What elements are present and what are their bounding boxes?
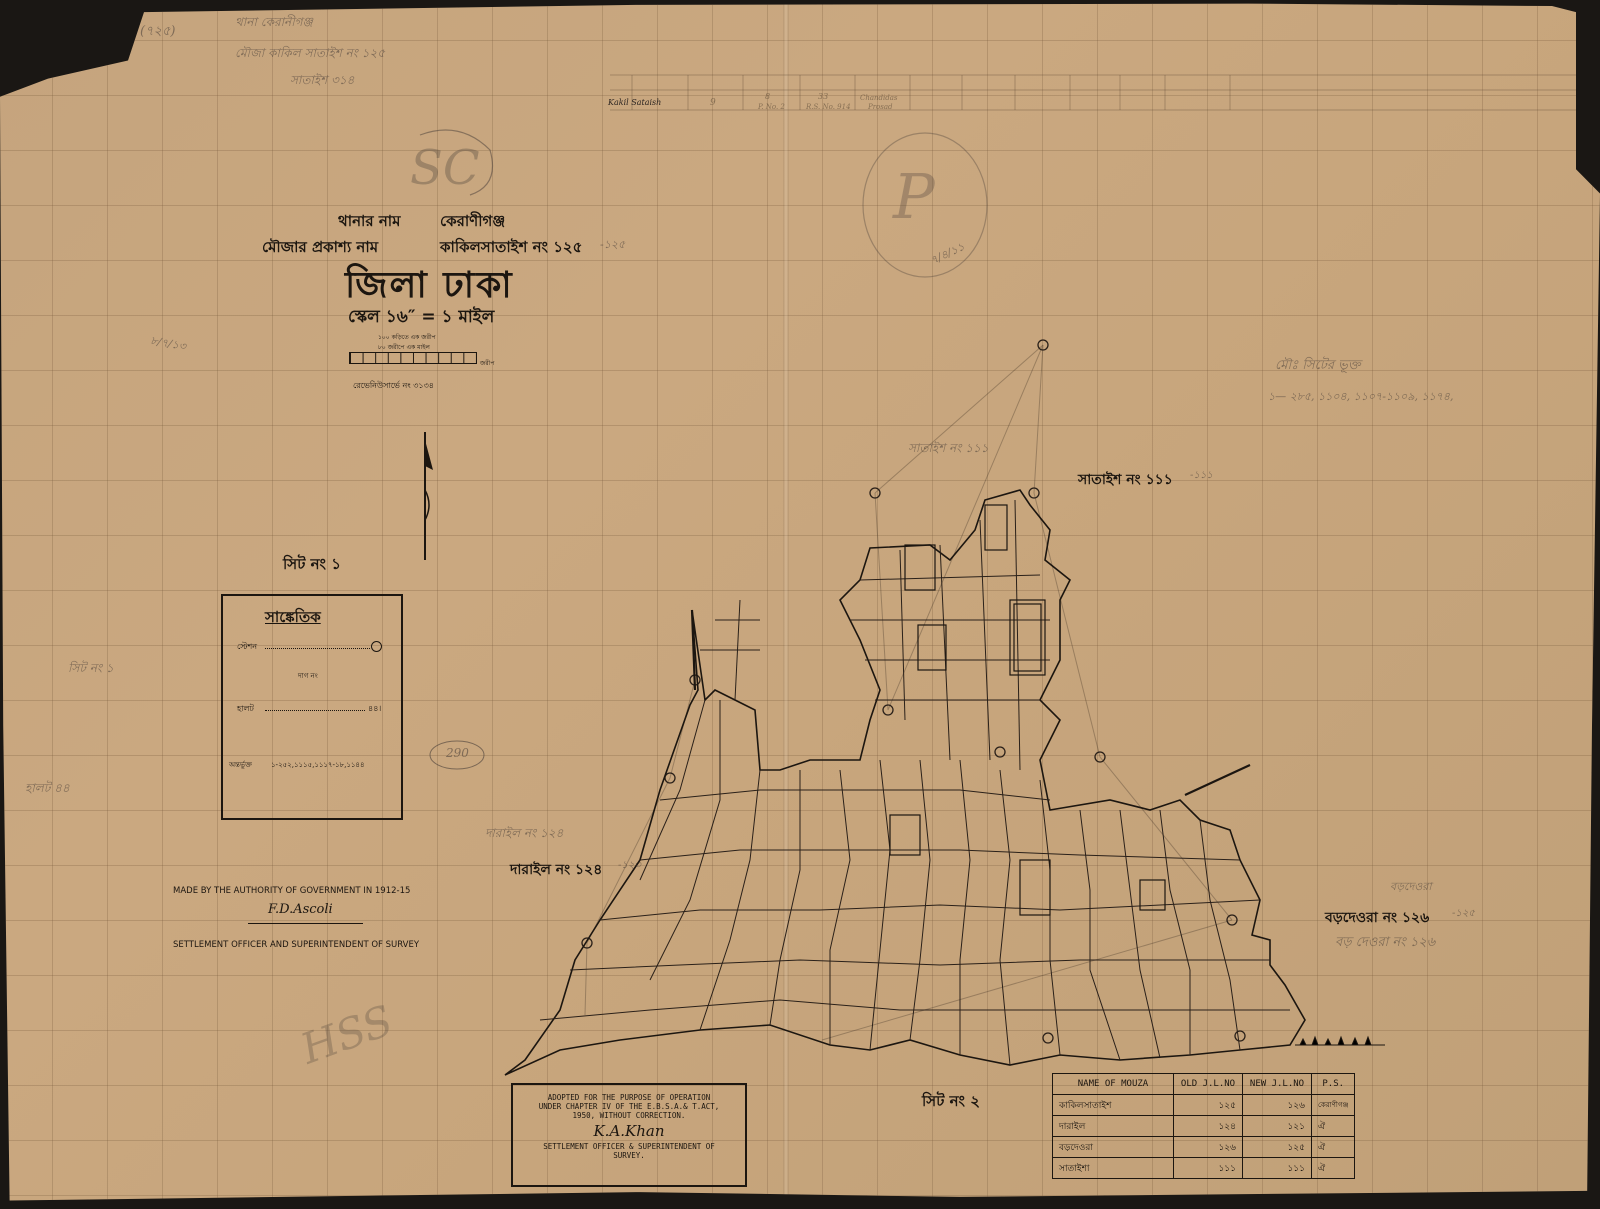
- legend-excluded-value: ১-২৫২,১১১৫,১১১৭-১৮,১১৪৪: [271, 759, 365, 771]
- sheet-1-label: সিট নং ১: [283, 553, 341, 578]
- legend-box: সাঙ্কেতিক স্টেশন দাগ নং হালট ৪৪। অন্তর্ভ…: [221, 594, 403, 820]
- pencil-circle: [430, 741, 484, 769]
- pencil-arc: [420, 130, 493, 195]
- table-row: কাকিলসাতাইশ ১২৫ ১২৬ কেরাণীগঞ্জ: [1053, 1095, 1355, 1116]
- row-name: দারাইল: [1053, 1116, 1174, 1137]
- table-row: বড়দেওরা ১২৬ ১২৫ ঐ: [1053, 1137, 1355, 1158]
- mouza-table: NAME OF MOUZA OLD J.L.NO NEW J.L.NO P.S.…: [1052, 1073, 1355, 1179]
- row-old: ১২৬: [1174, 1137, 1243, 1158]
- header-old-jl: OLD J.L.NO: [1174, 1074, 1243, 1095]
- stamp-line-2: UNDER CHAPTER IV OF THE E.B.S.A.& T.ACT,: [513, 1102, 745, 1111]
- legend-excluded-label: অন্তর্ভুক্ত: [229, 759, 252, 771]
- row-ps: ঐ: [1312, 1116, 1355, 1137]
- adoption-stamp: ADOPTED FOR THE PURPOSE OF OPERATION UND…: [511, 1083, 747, 1187]
- parcel-lines: [540, 500, 1290, 1065]
- row-name: সাতাইশা: [1053, 1158, 1174, 1179]
- authority-signature: F.D.Ascoli: [268, 902, 333, 917]
- row-ps: ঐ: [1312, 1158, 1355, 1179]
- row-name: কাকিলসাতাইশ: [1053, 1095, 1174, 1116]
- stamp-signature: K.A.Khan: [513, 1120, 745, 1142]
- station-circle-icon: [371, 641, 382, 652]
- map-sheet: Kakil Sataish 9 8 P. No. 2 33 R.S. No. 9…: [0, 0, 1600, 1209]
- mouza-table-header: NAME OF MOUZA OLD J.L.NO NEW J.L.NO P.S.: [1053, 1074, 1355, 1095]
- row-old: ১১১: [1174, 1158, 1243, 1179]
- authority-officer: SETTLEMENT OFFICER AND SUPERINTENDENT OF…: [173, 940, 419, 950]
- row-new: ১২৬: [1243, 1095, 1312, 1116]
- legend-title: সাঙ্কেতিক: [265, 606, 321, 631]
- marsh-symbols: [1295, 1037, 1385, 1045]
- sheet-2-label: সিট নং ২: [922, 1090, 980, 1115]
- row-new: ১২৫: [1243, 1137, 1312, 1158]
- row-new: ১১১: [1243, 1158, 1312, 1179]
- table-row: সাতাইশা ১১১ ১১১ ঐ: [1053, 1158, 1355, 1179]
- traverse-lines: [585, 345, 1232, 1040]
- legend-station-label: স্টেশন: [237, 641, 257, 654]
- row-name: বড়দেওরা: [1053, 1137, 1174, 1158]
- row-ps: ঐ: [1312, 1137, 1355, 1158]
- neighbor-borodeora-pencil: -১২৫: [1452, 906, 1475, 923]
- stamp-line-1: ADOPTED FOR THE PURPOSE OF OPERATION: [513, 1093, 745, 1102]
- stamp-officer-1: SETTLEMENT OFFICER & SUPERINTENDENT OF: [513, 1142, 745, 1151]
- station-markers: [582, 340, 1245, 1043]
- row-old: ১২৫: [1174, 1095, 1243, 1116]
- neighbor-darail-pencil: -১২৩: [618, 858, 641, 875]
- stamp-line-3: 1950, WITHOUT CORRECTION.: [513, 1111, 745, 1120]
- legend-khatian-value: ৪৪।: [368, 703, 381, 716]
- row-ps: কেরাণীগঞ্জ: [1312, 1095, 1355, 1116]
- table-row: দারাইল ১২৪ ১২১ ঐ: [1053, 1116, 1355, 1137]
- neighbor-sataish-pencil: -১১১: [1190, 468, 1213, 485]
- legend-khatian-dots: [265, 710, 365, 711]
- north-arrow-icon: [425, 432, 433, 560]
- header-mouza-name: NAME OF MOUZA: [1053, 1074, 1174, 1095]
- header-new-jl: NEW J.L.NO: [1243, 1074, 1312, 1095]
- legend-station-dots: [265, 648, 370, 649]
- stamp-officer-2: SURVEY.: [513, 1151, 745, 1160]
- neighbor-darail: দারাইল নং ১২৪: [510, 858, 602, 882]
- header-ps: P.S.: [1312, 1074, 1355, 1095]
- row-old: ১২৪: [1174, 1116, 1243, 1137]
- neighbor-borodeora: বড়দেওরা নং ১২৬: [1325, 906, 1429, 930]
- legend-plot-label: দাগ নং: [298, 670, 318, 682]
- signature-line: [248, 923, 363, 924]
- row-new: ১২১: [1243, 1116, 1312, 1137]
- neighbor-sataish: সাতাইশ নং ১১১: [1078, 468, 1173, 492]
- authority-made-by: MADE BY THE AUTHORITY OF GOVERNMENT IN 1…: [173, 886, 410, 896]
- legend-khatian-label: হালট: [237, 703, 254, 716]
- pond-markers: [890, 505, 1165, 915]
- pencil-ellipse: [863, 133, 987, 277]
- stamp-text: ADOPTED FOR THE PURPOSE OF OPERATION UND…: [513, 1093, 745, 1160]
